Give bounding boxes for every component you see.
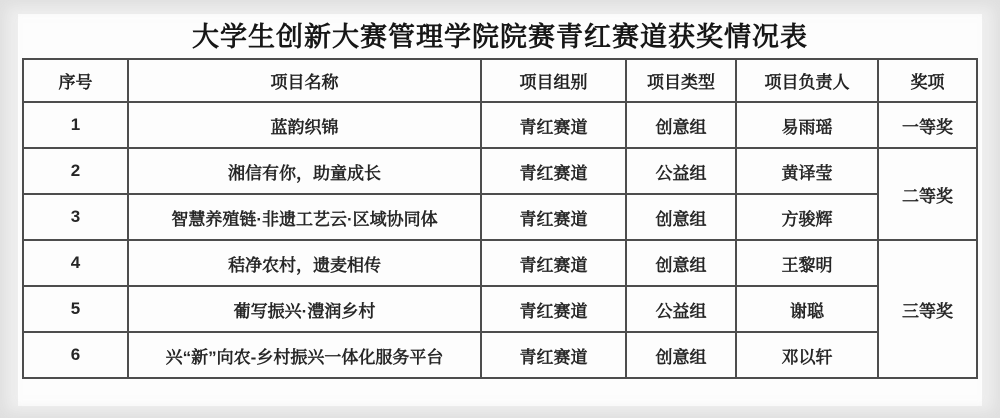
project-group: 青红赛道 [481,194,626,240]
col-header-project-group: 项目组别 [481,59,626,102]
page-title: 大学生创新大赛管理学院院赛青红赛道获奖情况表 [18,14,982,58]
award-third-prize: 三等奖 [878,240,977,378]
project-group: 青红赛道 [481,286,626,332]
project-type: 公益组 [626,286,736,332]
project-name: 兴“新”向农-乡村振兴一体化服务平台 [128,332,481,378]
project-group: 青红赛道 [481,240,626,286]
project-leader: 王黎明 [736,240,878,286]
project-type: 创意组 [626,332,736,378]
row-no: 2 [23,148,128,194]
table-row: 5 葡写振兴·澧润乡村 青红赛道 公益组 谢聪 [23,286,977,332]
header-row: 序号 项目名称 项目组别 项目类型 项目负责人 奖项 [23,59,977,102]
awards-table: 序号 项目名称 项目组别 项目类型 项目负责人 奖项 1 蓝韵织锦 青红赛道 创… [22,58,978,379]
row-no: 4 [23,240,128,286]
row-no: 1 [23,102,128,148]
award-second-prize: 二等奖 [878,148,977,240]
award-first-prize: 一等奖 [878,102,977,148]
project-group: 青红赛道 [481,332,626,378]
project-type: 公益组 [626,148,736,194]
col-header-project-leader: 项目负责人 [736,59,878,102]
project-name: 蓝韵织锦 [128,102,481,148]
project-name: 葡写振兴·澧润乡村 [128,286,481,332]
project-leader: 黄译莹 [736,148,878,194]
col-header-project-name: 项目名称 [128,59,481,102]
project-name: 秸净农村，遗麦相传 [128,240,481,286]
project-group: 青红赛道 [481,148,626,194]
project-type: 创意组 [626,194,736,240]
project-name: 智慧养殖链·非遗工艺云·区域协同体 [128,194,481,240]
table-row: 4 秸净农村，遗麦相传 青红赛道 创意组 王黎明 三等奖 [23,240,977,286]
col-header-project-type: 项目类型 [626,59,736,102]
project-leader: 邓以轩 [736,332,878,378]
row-no: 6 [23,332,128,378]
document-page: 大学生创新大赛管理学院院赛青红赛道获奖情况表 序号 项目名称 项目组别 项目类型… [18,14,982,406]
row-no: 5 [23,286,128,332]
col-header-award: 奖项 [878,59,977,102]
table-row: 2 湘信有你，助童成长 青红赛道 公益组 黄译莹 二等奖 [23,148,977,194]
project-leader: 易雨瑶 [736,102,878,148]
row-no: 3 [23,194,128,240]
project-type: 创意组 [626,102,736,148]
col-header-no: 序号 [23,59,128,102]
table-row: 6 兴“新”向农-乡村振兴一体化服务平台 青红赛道 创意组 邓以轩 [23,332,977,378]
table-row: 3 智慧养殖链·非遗工艺云·区域协同体 青红赛道 创意组 方骏辉 [23,194,977,240]
project-leader: 谢聪 [736,286,878,332]
table-row: 1 蓝韵织锦 青红赛道 创意组 易雨瑶 一等奖 [23,102,977,148]
project-group: 青红赛道 [481,102,626,148]
project-name: 湘信有你，助童成长 [128,148,481,194]
project-type: 创意组 [626,240,736,286]
project-leader: 方骏辉 [736,194,878,240]
